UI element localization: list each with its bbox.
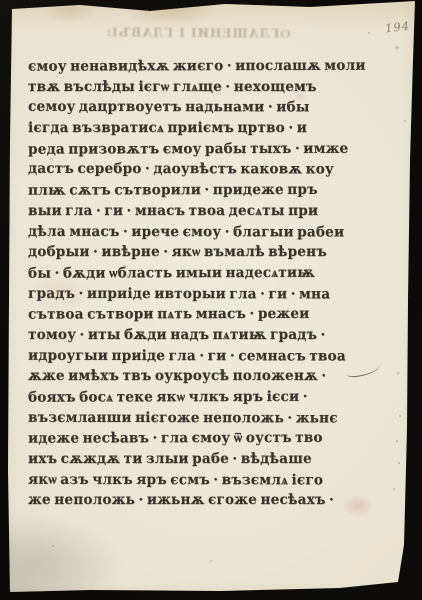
folio-number: 194	[384, 19, 410, 36]
text-line: выи гла · ги · мнасъ твоа десѧты при	[28, 200, 380, 222]
text-line: плѭ сѫтъ сътворили · придеже пръ	[28, 179, 380, 201]
text-line: добрыи · ивѣрне · якѡ въмалѣ вѣренъ	[28, 242, 380, 264]
text-line: идеже несѣавъ · гла ємоу ѿ оустъ тво	[28, 427, 380, 449]
text-line: ихъ сѫждѫ ти злыи рабе · вѣдѣаше	[28, 449, 380, 471]
text-line: идроугыи приіде гла · ги · семнасъ твоа	[28, 345, 380, 367]
text-line: твѫ въслѣды ієгѡ глѧще · нехощемъ	[28, 76, 380, 98]
text-line: бояхъ босѧ теке якѡ члкъ яръ ієси ·	[28, 386, 380, 408]
text-line: ієгда възвратисѧ приіємъ цртво · и	[28, 118, 380, 140]
text-line: бы · бѫди ѡбласть имыи надесѧтиѭ	[28, 262, 380, 284]
text-line: сътвоа сътвори пѧть мнасъ · режеи	[28, 303, 380, 325]
text-line: томоу · иты бѫди надъ пѧтиѭ градъ ·	[28, 325, 380, 347]
text-line: ѫже имѣхъ твъ оукроусѣ положенѫ ·	[28, 366, 380, 388]
text-line: градъ · иприіде ивторыи гла · ги · мна	[28, 283, 380, 305]
bleedthrough-title: ѺГЛАШЕНИІ І ГЛАВЪІ:	[76, 25, 320, 42]
manuscript-text-block: ємоу ненавидѣхѫ жиєго · ипослашѫ моли тв…	[28, 56, 380, 511]
text-line: дастъ серебро · даоувѣстъ каковѫ коу	[28, 159, 380, 181]
manuscript-page: ѺГЛАШЕНИІ І ГЛАВЪІ: 194 + ємоу ненавидѣх…	[0, 0, 422, 600]
text-line: реда призовѫтъ ємоу рабы тыхъ · имже	[28, 138, 380, 160]
text-line: якѡ азъ члкъ яръ єсмъ · възємлѧ ієго	[28, 469, 380, 491]
folio-pencil-mark: +	[394, 44, 400, 52]
text-line: же неположь · ижьнѫ єгоже несѣахъ ·	[28, 490, 380, 512]
text-line: възємланши нієгоже неположь · жьнє	[28, 407, 380, 429]
text-line: семоу дацртвоуетъ надьнами · ибы	[28, 97, 380, 119]
text-line: ємоу ненавидѣхѫ жиєго · ипослашѫ моли	[28, 55, 380, 77]
text-line: дѣла мнасъ · ирече ємоу · благыи рабеи	[28, 221, 380, 243]
